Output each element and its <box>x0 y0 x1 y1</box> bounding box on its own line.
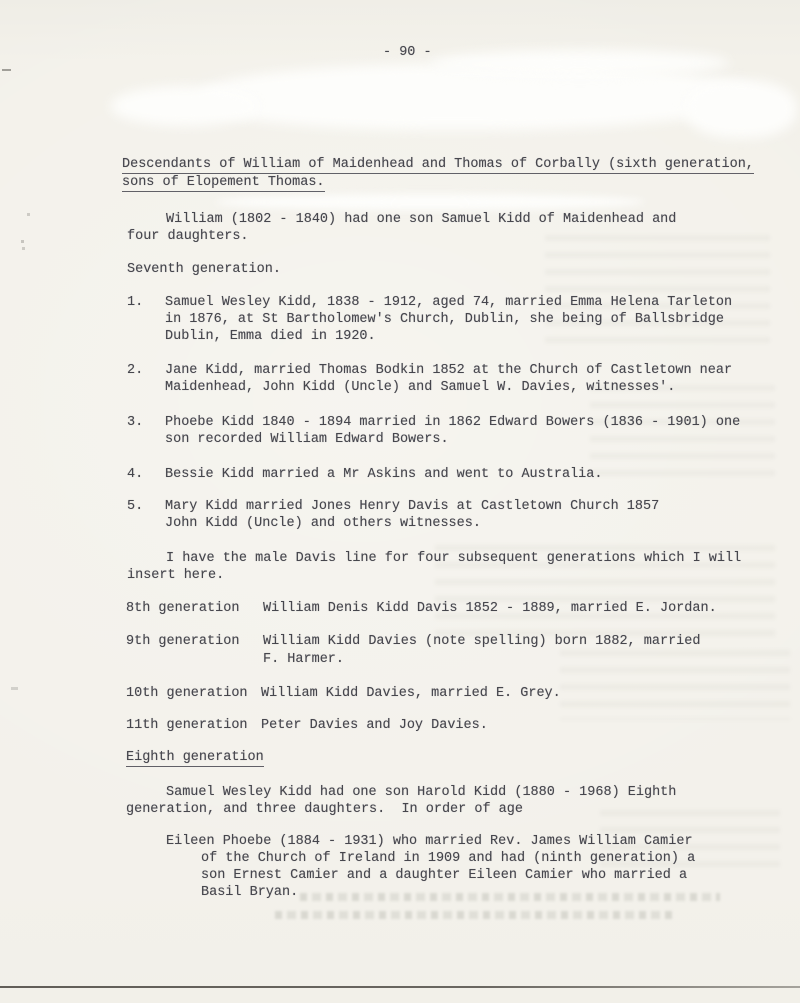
list-item-line: Phoebe Kidd 1840 - 1894 married in 1862 … <box>165 414 740 431</box>
bleed-through-smudge <box>545 235 770 350</box>
harold-paragraph-line2: generation, and three daughters. In orde… <box>126 801 523 818</box>
list-item-number: 3. <box>127 414 143 431</box>
list-item-line: Jane Kidd, married Thomas Bodkin 1852 at… <box>165 362 732 379</box>
eileen-paragraph-line3: son Ernest Camier and a daughter Eileen … <box>201 867 687 884</box>
generation-row-label: 11th generation <box>126 717 248 734</box>
list-item-number: 5. <box>127 498 143 515</box>
generation-row-text: William Kidd Davies (note spelling) born… <box>263 633 700 650</box>
eileen-paragraph-line4: Basil Bryan. <box>201 884 298 901</box>
margin-mark <box>21 240 24 243</box>
eileen-paragraph-line2: of the Church of Ireland in 1909 and had… <box>201 850 695 867</box>
section-heading-line1: Descendants of William of Maidenhead and… <box>122 156 754 173</box>
bleed-through-text-line <box>275 911 675 919</box>
list-item-line: Samuel Wesley Kidd, 1838 - 1912, aged 74… <box>165 294 732 311</box>
whiteout-blob <box>110 86 260 126</box>
list-item-number: 4. <box>127 466 143 483</box>
list-item-line: Maidenhead, John Kidd (Uncle) and Samuel… <box>165 379 675 396</box>
eighth-generation-heading: Eighth generation <box>126 749 264 766</box>
whiteout-blob <box>685 80 797 138</box>
bleed-through-text-line <box>300 893 720 901</box>
list-item-line: John Kidd (Uncle) and others witnesses. <box>165 515 481 532</box>
whiteout-blob <box>215 194 645 210</box>
generation-row-text: William Kidd Davies, married E. Grey. <box>261 685 561 702</box>
list-item-line: son recorded William Edward Bowers. <box>165 431 449 448</box>
generation-row-label: 9th generation <box>126 633 239 650</box>
generation-row-text: F. Harmer. <box>263 651 344 668</box>
generation-row-label: 10th generation <box>126 685 248 702</box>
document-page: - 90 - Descendants of William of Maidenh… <box>0 0 800 1003</box>
bottom-rule-line <box>0 986 800 988</box>
intro-paragraph-line2: four daughters. <box>127 228 249 245</box>
section-heading-line2: sons of Elopement Thomas. <box>122 174 325 191</box>
harold-paragraph-line1: Samuel Wesley Kidd had one son Harold Ki… <box>166 784 676 801</box>
seventh-generation-label: Seventh generation. <box>127 261 281 278</box>
margin-mark <box>27 213 30 216</box>
generation-row-label: 8th generation <box>126 600 239 617</box>
margin-mark <box>22 247 25 250</box>
davis-note-line2: insert here. <box>127 567 224 584</box>
list-item-line: Dublin, Emma died in 1920. <box>165 328 376 345</box>
bleed-through-smudge <box>560 650 790 720</box>
davis-note-line1: I have the male Davis line for four subs… <box>166 550 741 567</box>
list-item-line: Bessie Kidd married a Mr Askins and went… <box>165 466 602 483</box>
list-item-number: 1. <box>127 294 143 311</box>
margin-mark <box>11 687 18 690</box>
margin-mark <box>2 69 11 71</box>
intro-paragraph-line1: William (1802 - 1840) had one son Samuel… <box>166 211 676 228</box>
generation-row-text: William Denis Kidd Davis 1852 - 1889, ma… <box>263 600 717 617</box>
generation-row-text: Peter Davies and Joy Davies. <box>261 717 488 734</box>
bleed-through-smudge <box>590 385 775 480</box>
whiteout-blob <box>200 64 760 130</box>
list-item-line: in 1876, at St Bartholomew's Church, Dub… <box>165 311 724 328</box>
eileen-paragraph-line1: Eileen Phoebe (1884 - 1931) who married … <box>166 833 693 850</box>
list-item-number: 2. <box>127 362 143 379</box>
page-number: - 90 - <box>383 44 432 61</box>
whiteout-blob <box>430 50 730 76</box>
list-item-line: Mary Kidd married Jones Henry Davis at C… <box>165 498 659 515</box>
